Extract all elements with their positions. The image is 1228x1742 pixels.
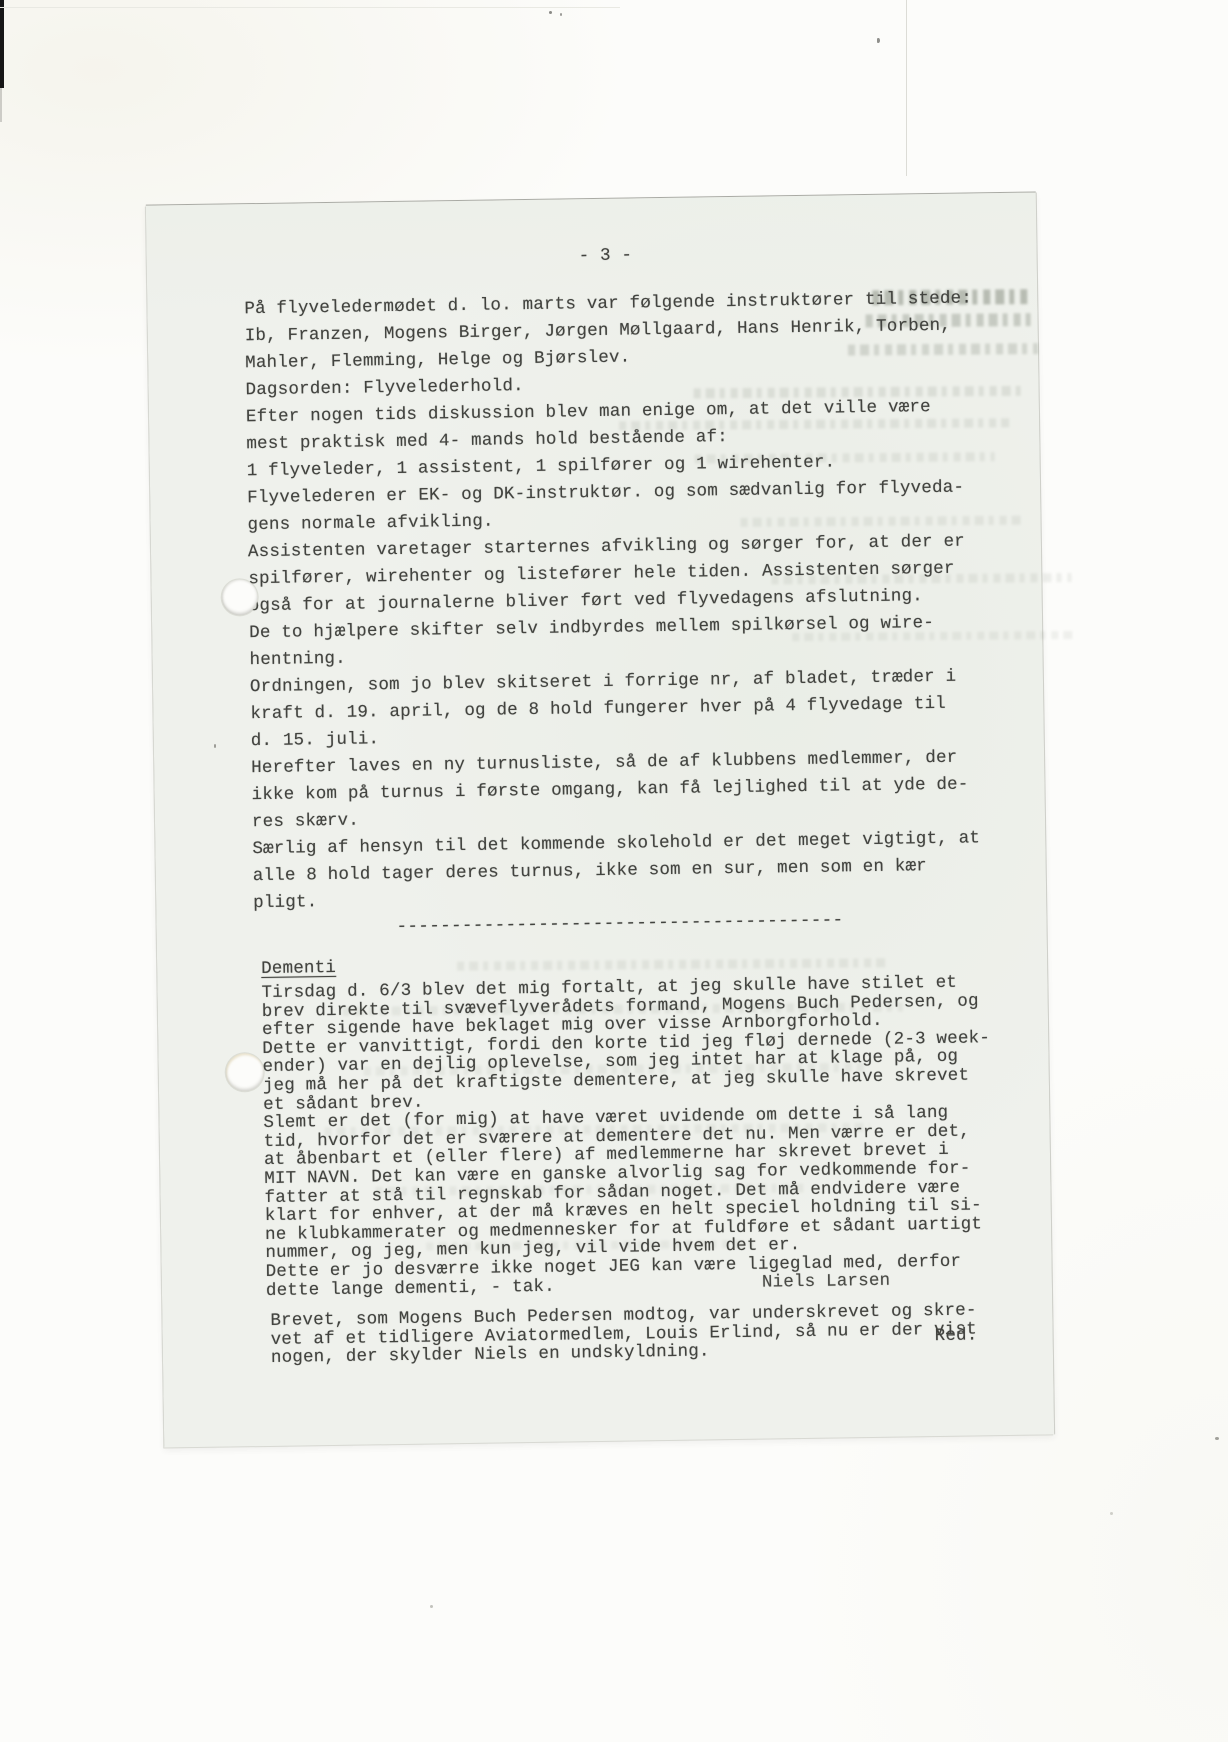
dementi-heading: Dementi: [261, 955, 336, 983]
scan-speck: [430, 1605, 433, 1608]
scan-speck: [560, 13, 562, 16]
punch-hole-bottom: [225, 1053, 264, 1092]
scan-speck: [214, 744, 216, 748]
signature-niels-larsen: Niels Larsen: [762, 1272, 891, 1292]
scan-speck: [1215, 1437, 1219, 1440]
newsletter-page-3: - 3 - På flyveledermødet d. lo. marts va…: [146, 192, 1054, 1447]
scanner-edge-artifact-fade: [0, 88, 2, 122]
scanned-document: - 3 - På flyveledermødet d. lo. marts va…: [0, 0, 1228, 1742]
scan-speck: [549, 11, 552, 14]
scanner-edge-artifact: [0, 0, 4, 88]
signature-red: Red.: [935, 1326, 978, 1345]
flight-leader-meeting-report: På flyveledermødet d. lo. marts var følg…: [244, 285, 981, 917]
scan-speck: [1110, 1512, 1113, 1515]
paper-crease-line: [0, 7, 620, 8]
bleed-through-text: [457, 958, 887, 970]
dementi-text: Tirsdag d. 6/3 blev det mig fortalt, at …: [261, 973, 993, 1300]
section-separator: ----------------------------------------…: [396, 907, 843, 941]
page-number: - 3 -: [578, 242, 632, 270]
paper-fold-line: [906, 0, 907, 176]
scan-speck: [877, 38, 880, 43]
editor-note-text: Brevet, som Mogens Buch Pedersen modtog,…: [270, 1301, 977, 1367]
